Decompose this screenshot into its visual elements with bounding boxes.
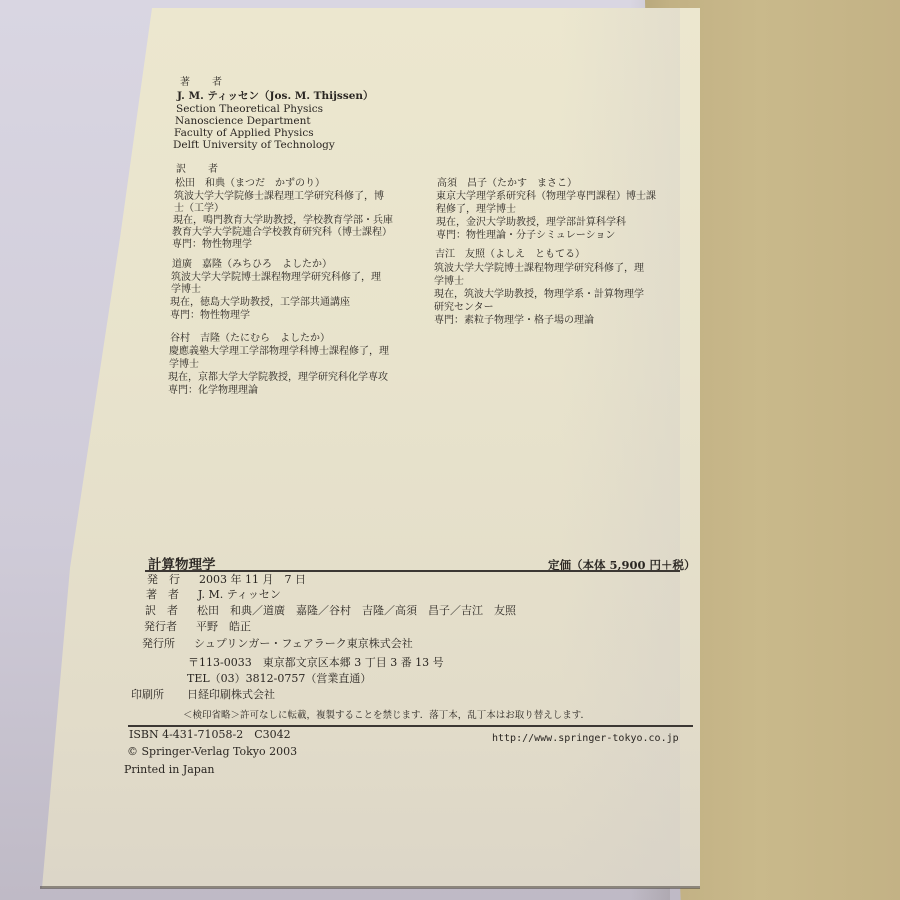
translator-line: 現在，鳴門教育大学助教授，学校教育学部・兵庫 — [173, 215, 393, 228]
translator-line: 学博士 — [434, 276, 464, 289]
translator-line: 教育大学大学院連合学校教育研究科（博士課程） — [172, 227, 392, 240]
translator-line: 程修了，理学博士 — [436, 204, 516, 217]
translator-line: 専門：物性理論・分子シミュレーション — [436, 230, 615, 243]
translator-line: 慶應義塾大学理工学部物理学科博士課程修了，理 — [169, 346, 389, 359]
affiliation-line: Faculty of Applied Physics — [174, 127, 314, 140]
translator-line: 専門：物性物理学 — [172, 239, 252, 252]
row-value: 松田 和典／道廣 嘉隆／谷村 吉隆／高須 昌子／吉江 友照 — [197, 604, 516, 617]
publisher-url: http://www.springer-tokyo.co.jp — [492, 733, 679, 746]
copyright: © Springer-Verlag Tokyo 2003 — [127, 746, 297, 759]
author-name: J. M. ティッセン（Jos. M. Thijssen） — [177, 90, 374, 103]
translators-heading: 訳 者 — [176, 164, 224, 177]
colophon-top-rule — [145, 570, 680, 572]
row-label: 訳 者 — [145, 604, 197, 617]
translator-line: 筑波大学大学院修士課程理工学研究科修了，博 — [174, 191, 384, 204]
translator-line: 筑波大学大学院博士課程物理学研究科修了，理 — [171, 272, 381, 285]
affiliation-line: Nanoscience Department — [175, 115, 311, 128]
colophon-row-printer: 印刷所日経印刷株式会社 — [131, 688, 275, 701]
row-value: 平野 皓正 — [196, 620, 251, 633]
publisher-address: 〒113-0033 東京都文京区本郷 3 丁目 3 番 13 号 — [188, 654, 444, 670]
colophon-row-issued: 発 行2003 年 11 月 7 日 — [147, 573, 306, 586]
translator-name: 松田 和典（まつだ かずのり） — [175, 178, 325, 191]
colophon-row-publisher: 発行所シュプリンガー・フェアラーク東京株式会社 — [142, 637, 413, 650]
colophon-bottom-rule — [128, 725, 693, 727]
translator-line: 筑波大学大学院博士課程物理学研究科修了，理 — [434, 263, 644, 276]
affiliation-line: Delft University of Technology — [173, 139, 335, 152]
translator-line: 現在，金沢大学助教授，理学部計算科学科 — [436, 217, 626, 230]
printed-in: Printed in Japan — [124, 764, 214, 777]
translator-line: 学博士 — [169, 359, 199, 372]
colophon-row-translators: 訳 者松田 和典／道廣 嘉隆／谷村 吉隆／高須 昌子／吉江 友照 — [145, 604, 516, 617]
translator-name: 吉江 友照（よしえ ともてる） — [435, 249, 585, 262]
page-bottom-edge — [40, 886, 700, 889]
row-value: シュプリンガー・フェアラーク東京株式会社 — [194, 637, 413, 650]
copy-notice: ＜検印省略＞許可なしに転載，複製することを禁じます．落丁本，乱丁本はお取り替えし… — [183, 710, 590, 723]
translator-line: 専門：素粒子物理学・格子場の理論 — [434, 315, 594, 328]
translator-name: 谷村 吉隆（たにむら よしたか） — [170, 333, 330, 346]
author-heading: 著 者 — [180, 77, 228, 90]
row-label: 発 行 — [147, 573, 199, 586]
translator-line: 専門：化学物理理論 — [168, 385, 258, 398]
translator-line: 学博士 — [171, 284, 201, 297]
translator-line: 現在，徳島大学助教授，工学部共通講座 — [170, 297, 350, 310]
isbn: ISBN 4-431-71058-2 C3042 — [129, 729, 291, 742]
colophon-row-publisher-person: 発行者平野 皓正 — [144, 620, 251, 633]
row-label: 発行者 — [144, 620, 196, 633]
row-label: 印刷所 — [131, 688, 187, 701]
publisher-tel: TEL（03）3812-0757（営業直通） — [187, 670, 371, 686]
affiliation-line: Section Theoretical Physics — [176, 103, 323, 116]
translator-line: 現在，筑波大学助教授，物理学系・計算物理学 — [434, 289, 644, 302]
row-value: J. M. ティッセン — [198, 588, 281, 601]
row-value: 2003 年 11 月 7 日 — [199, 573, 306, 586]
row-value: 日経印刷株式会社 — [187, 688, 275, 701]
row-label: 著 者 — [146, 588, 198, 601]
translator-line: 専門：物性物理学 — [170, 310, 250, 323]
translator-line: 研究センター — [434, 302, 494, 315]
colophon-row-author: 著 者J. M. ティッセン — [146, 588, 281, 601]
translator-name: 高須 昌子（たかす まさこ） — [437, 178, 577, 191]
translator-line: 士（工学） — [174, 203, 224, 216]
translator-line: 東京大学理学系研究科（物理学専門課程）博士課 — [436, 191, 656, 204]
row-label: 発行所 — [142, 637, 194, 650]
translator-name: 道廣 嘉隆（みちひろ よしたか） — [172, 259, 332, 272]
translator-line: 現在，京都大学大学院教授，理学研究科化学専攻 — [168, 372, 388, 385]
page-shade — [560, 8, 680, 888]
